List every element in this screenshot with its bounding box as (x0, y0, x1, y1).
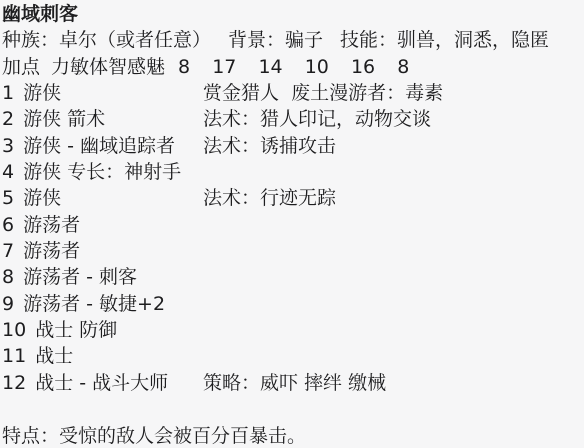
skills-text: 技能：驯兽，洞悉，隐匿 (340, 27, 549, 53)
level-class: 战士 - 战斗大师 (35, 370, 168, 396)
ability-scores-line: 加点 力敏体智感魅 8 17 14 10 16 8 (2, 54, 584, 80)
level-row: 6游荡者 (2, 212, 584, 238)
level-number: 6 (2, 212, 14, 238)
background-text: 背景：骗子 (228, 27, 323, 53)
level-class: 游侠 (23, 185, 61, 211)
level-class: 游荡者 (23, 238, 80, 264)
level-class: 战士 防御 (35, 317, 117, 343)
level-row: 5游侠 法术：行迹无踪 (2, 185, 584, 211)
level-class: 游荡者 (23, 212, 80, 238)
level-number: 4 (2, 159, 14, 185)
blank-line (2, 396, 584, 422)
level-detail: 法术：诱捕攻击 (203, 133, 336, 159)
level-number: 5 (2, 185, 14, 211)
level-row: 9游荡者 - 敏捷+2 (2, 291, 584, 317)
level-class: 游侠 (23, 80, 61, 106)
character-header-line: 种族：卓尔（或者任意） 背景：骗子 技能：驯兽，洞悉，隐匿 (2, 27, 584, 53)
level-number: 8 (2, 264, 14, 290)
level-number: 10 (2, 317, 26, 343)
level-number: 3 (2, 133, 14, 159)
level-detail: 法术：行迹无踪 (203, 185, 336, 211)
level-class: 游侠 箭术 (23, 106, 105, 132)
level-number: 11 (2, 343, 26, 369)
level-number: 1 (2, 80, 14, 106)
level-row: 8游荡者 - 刺客 (2, 264, 584, 290)
level-row: 1游侠 赏金猎人 废土漫游者：毒素 (2, 80, 584, 106)
level-class: 战士 (35, 343, 73, 369)
stats-abilities: 力敏体智感魅 (51, 54, 165, 80)
level-row: 3游侠 - 幽域追踪者 法术：诱捕攻击 (2, 133, 584, 159)
page-title: 幽域刺客 (2, 1, 584, 27)
level-class: 游侠 - 幽域追踪者 (23, 133, 175, 159)
level-row: 4游侠 专长：神射手 (2, 159, 584, 185)
level-number: 2 (2, 106, 14, 132)
level-class: 游荡者 - 刺客 (23, 264, 137, 290)
level-row: 7游荡者 (2, 238, 584, 264)
trait-note-text: 特点：受惊的敌人会被百分百暴击。 (2, 423, 306, 448)
level-row: 12战士 - 战斗大师 策略：威吓 摔绊 缴械 (2, 370, 584, 396)
stats-values: 8 17 14 10 16 8 (178, 54, 409, 80)
race-text: 种族：卓尔（或者任意） (2, 27, 211, 53)
level-detail: 赏金猎人 废土漫游者：毒素 (203, 80, 443, 106)
level-class: 游侠 专长：神射手 (23, 159, 181, 185)
level-number: 9 (2, 291, 14, 317)
level-number: 7 (2, 238, 14, 264)
level-row: 10战士 防御 (2, 317, 584, 343)
level-class: 游荡者 - 敏捷+2 (23, 291, 165, 317)
level-detail: 法术：猎人印记，动物交谈 (203, 106, 431, 132)
level-detail: 策略：威吓 摔绊 缴械 (203, 370, 386, 396)
build-title-text: 幽域刺客 (2, 1, 78, 27)
trait-note-line: 特点：受惊的敌人会被百分百暴击。 (2, 423, 584, 448)
level-number: 12 (2, 370, 26, 396)
level-row: 11战士 (2, 343, 584, 369)
stats-label: 加点 (2, 54, 40, 80)
build-guide-document: 幽域刺客 种族：卓尔（或者任意） 背景：骗子 技能：驯兽，洞悉，隐匿 加点 力敏… (0, 0, 584, 448)
level-row: 2游侠 箭术 法术：猎人印记，动物交谈 (2, 106, 584, 132)
